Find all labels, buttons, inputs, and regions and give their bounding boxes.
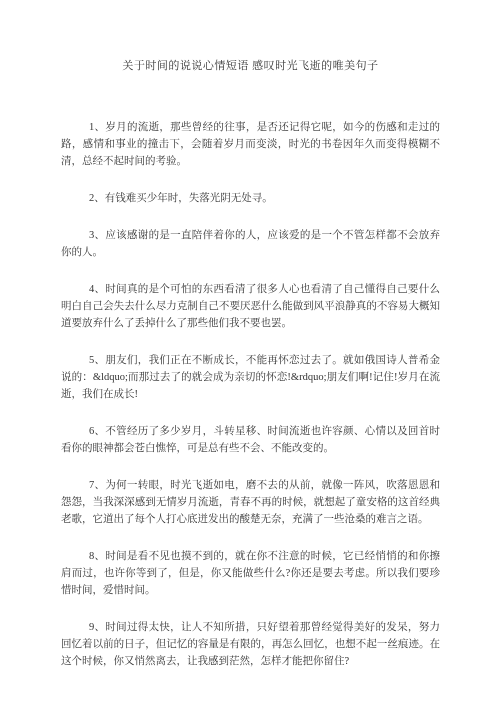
article-page: 关于时间的说说心情短语 感叹时光飞逝的唯美句子 1、岁月的流逝，那些曾经的往事，… [0,0,500,708]
page-title: 关于时间的说说心情短语 感叹时光飞逝的唯美句子 [61,58,440,74]
paragraph: 4、时间真的是个可怕的东西看清了很多人心也看清了自己懂得自己要什么明白自己会失去… [61,281,440,332]
paragraph: 6、不管经历了多少岁月，斗转星移、时间流逝也许容颜、心情以及回首时看你的眼神都会… [61,423,440,457]
article-body: 1、岁月的流逝，那些曾经的往事，是否还记得它呢，如今的伤感和走过的路，感情和事业… [61,119,440,670]
paragraph: 7、为何一转眼，时光飞逝如电，磨不去的从前，就像一阵风，吹落恩恩和怨怨，当我深深… [61,477,440,528]
paragraph: 9、时间过得太快，让人不知所措，只好望着那曾经觉得美好的发呆，努力回忆着以前的日… [61,619,440,670]
paragraph: 3、应该感谢的是一直陪伴着你的人，应该爱的是一个不管怎样都不会放弃你的人。 [61,227,440,261]
paragraph: 2、有钱难买少年时，失落光阴无处寻。 [61,190,440,207]
paragraph: 5、朋友们，我们正在不断成长，不能再怀恋过去了。就如俄国诗人普希金说的：&ldq… [61,352,440,403]
paragraph: 1、岁月的流逝，那些曾经的往事，是否还记得它呢，如今的伤感和走过的路，感情和事业… [61,119,440,170]
paragraph: 8、时间是看不见也摸不到的，就在你不注意的时候，它已经悄悄的和你擦肩而过，也许你… [61,548,440,599]
